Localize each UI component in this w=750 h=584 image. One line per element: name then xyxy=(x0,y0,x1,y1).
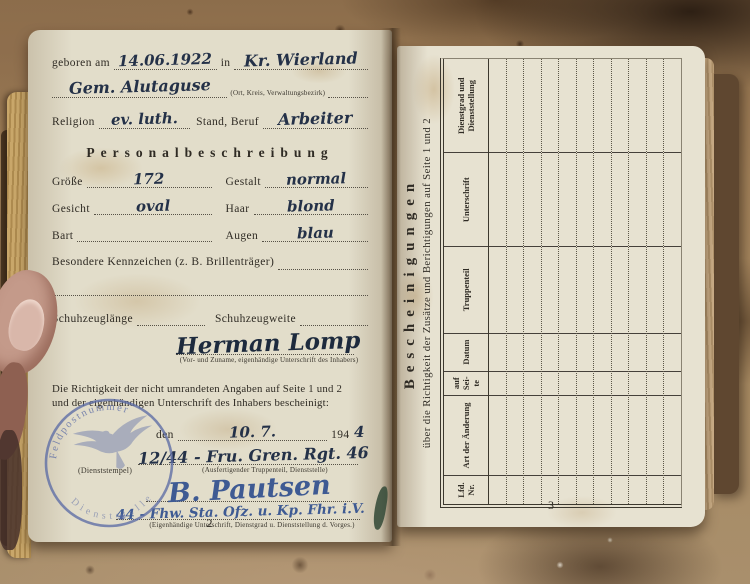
kennzeichen-field-line2 xyxy=(52,294,368,296)
religion-value: ev. luth. xyxy=(111,109,178,129)
born-line: geboren am 14.06.1922 in Kr. Wierland xyxy=(52,50,368,70)
birth-place-value: Kr. Wierland xyxy=(244,49,358,72)
right-page-number: 3 xyxy=(397,498,705,513)
year-handwritten: 4 xyxy=(353,423,364,441)
table-row xyxy=(664,59,681,504)
left-page-content: geboren am 14.06.1922 in Kr. Wierland Ge… xyxy=(28,30,392,542)
certifications-table: Lfd. Nr. Art der Änderung auf Sei- te Da… xyxy=(440,58,682,508)
haar-field: blond xyxy=(254,197,369,215)
table-cell xyxy=(542,395,559,475)
table-cell xyxy=(489,246,506,333)
table-cell xyxy=(577,333,594,371)
photo-of-open-id-booklet: geboren am 14.06.1922 in Kr. Wierland Ge… xyxy=(0,0,750,584)
beruf-field: Arbeiter xyxy=(263,109,368,129)
table-cell xyxy=(647,395,664,475)
table-cell xyxy=(507,246,524,333)
birth-place2-field-tail xyxy=(328,97,368,98)
augen-field: blau xyxy=(262,224,368,242)
table-cell xyxy=(542,246,559,333)
place-hint: (Ort, Kreis, Verwaltungsbezirk) xyxy=(227,89,328,98)
personal-description-heading: Personalbeschreibung xyxy=(52,145,368,161)
table-cell xyxy=(647,153,664,246)
augen-label: Augen xyxy=(226,230,263,242)
date-value: 10. 7. xyxy=(229,422,276,441)
table-row xyxy=(489,59,507,504)
table-cell xyxy=(647,246,664,333)
table-cell xyxy=(524,371,541,395)
schuh-laenge-label: Schuhzeuglänge xyxy=(52,312,137,326)
column-header-dienstgrad: Dienstgrad und Dienststellung xyxy=(444,59,488,152)
gestalt-label: Gestalt xyxy=(226,176,265,188)
table-cell xyxy=(577,246,594,333)
table-cell xyxy=(664,333,681,371)
table-cell xyxy=(664,395,681,475)
table-row xyxy=(524,59,542,504)
table-cell xyxy=(524,333,541,371)
table-cell xyxy=(577,59,594,152)
table-row xyxy=(542,59,560,504)
table-cell xyxy=(577,153,594,246)
table-cell xyxy=(542,59,559,152)
birth-date-field: 14.06.1922 xyxy=(114,51,217,70)
table-cell xyxy=(577,395,594,475)
beard-row: Bart Augenblau xyxy=(52,224,368,242)
column-header-art-der-aenderung: Art der Änderung xyxy=(444,395,488,475)
schuh-laenge-field xyxy=(137,325,205,326)
table-cell xyxy=(542,333,559,371)
kennzeichen-line: Besondere Kennzeichen (z. B. Brillenträg… xyxy=(52,255,368,269)
table-cell xyxy=(524,59,541,152)
haar-label: Haar xyxy=(226,203,254,215)
table-cell xyxy=(594,246,611,333)
table-cell xyxy=(629,153,646,246)
table-cell xyxy=(664,153,681,246)
bart-field xyxy=(77,229,211,242)
birth-date-value: 14.06.1922 xyxy=(118,50,212,71)
born-label: geboren am xyxy=(52,56,114,70)
groesse-label: Größe xyxy=(52,176,87,188)
table-cell xyxy=(507,371,524,395)
table-cell xyxy=(489,333,506,371)
kennzeichen-field xyxy=(278,269,368,270)
year-printed: 194 xyxy=(327,429,353,441)
shoe-line: Schuhzeuglänge Schuhzeugweite xyxy=(52,312,368,326)
table-cell xyxy=(629,371,646,395)
column-header-truppenteil: Truppenteil xyxy=(444,246,488,333)
certifications-subheading: über die Richtigkeit der Zusätze und Ber… xyxy=(421,58,433,508)
svg-text:Dienststelle: Dienststelle xyxy=(67,477,159,532)
table-cell xyxy=(489,395,506,475)
table-cell xyxy=(664,371,681,395)
certifications-table-body xyxy=(489,59,681,504)
religion-field: ev. luth. xyxy=(99,110,190,129)
bart-label: Bart xyxy=(52,230,77,242)
table-row xyxy=(577,59,595,504)
table-row xyxy=(507,59,525,504)
groesse-field: 172 xyxy=(87,170,212,188)
owner-signature-field: Herman Lomp xyxy=(176,330,354,355)
table-cell xyxy=(664,59,681,152)
rotated-certifications-block: Bescheinigungen über die Richtigkeit der… xyxy=(400,58,700,508)
table-cell xyxy=(559,333,576,371)
official-stamp: Feldpostnummer Dienststelle ✱ xyxy=(34,388,184,538)
table-cell xyxy=(612,395,629,475)
hand-shadow xyxy=(0,430,22,550)
gesicht-field: oval xyxy=(94,197,212,215)
table-cell xyxy=(664,246,681,333)
table-row xyxy=(559,59,577,504)
certifications-table-header: Lfd. Nr. Art der Änderung auf Sei- te Da… xyxy=(444,59,489,504)
table-row xyxy=(594,59,612,504)
certifications-heading: Bescheinigungen xyxy=(402,58,419,508)
table-cell xyxy=(612,246,629,333)
table-cell xyxy=(542,371,559,395)
birth-place2-value: Gem. Alutaguse xyxy=(69,76,211,100)
column-header-datum: Datum xyxy=(444,333,488,371)
table-cell xyxy=(594,153,611,246)
table-cell xyxy=(524,395,541,475)
table-cell xyxy=(524,153,541,246)
religion-line: Religion ev. luth. Stand, Beruf Arbeiter xyxy=(52,109,368,129)
table-cell xyxy=(594,371,611,395)
left-page: geboren am 14.06.1922 in Kr. Wierland Ge… xyxy=(28,30,392,542)
table-cell xyxy=(489,153,506,246)
haar-value: blond xyxy=(287,197,335,216)
table-cell xyxy=(559,246,576,333)
stamp-label: (Dienststempel) xyxy=(78,466,132,475)
table-cell xyxy=(594,395,611,475)
table-cell xyxy=(507,395,524,475)
face-row: Gesichtoval Haarblond xyxy=(52,197,368,215)
schuh-weite-label: Schuhzeugweite xyxy=(205,312,300,326)
table-cell xyxy=(612,153,629,246)
owner-signature-row: Herman Lomp xyxy=(176,330,354,355)
column-header-unterschrift: Unterschrift xyxy=(444,153,488,246)
table-cell xyxy=(594,59,611,152)
birthplace-line2: Gem. Alutaguse (Ort, Kreis, Verwaltungsb… xyxy=(52,77,368,97)
table-cell xyxy=(559,395,576,475)
booklet-gutter-shadow xyxy=(381,28,401,546)
booklet-cover-right-edge xyxy=(711,74,739,494)
table-cell xyxy=(507,153,524,246)
augen-value: blau xyxy=(296,224,333,243)
right-page: Bescheinigungen über die Richtigkeit der… xyxy=(397,46,705,527)
gesicht-label: Gesicht xyxy=(52,203,94,215)
date-line: den 10. 7. 1944 xyxy=(156,423,364,441)
table-cell xyxy=(647,371,664,395)
table-row xyxy=(629,59,647,504)
table-cell xyxy=(629,59,646,152)
table-cell xyxy=(507,59,524,152)
beruf-value: Arbeiter xyxy=(278,108,353,130)
thumb-nail xyxy=(4,296,50,355)
table-cell xyxy=(542,153,559,246)
kennzeichen-label: Besondere Kennzeichen (z. B. Brillenträg… xyxy=(52,255,278,269)
table-cell xyxy=(489,59,506,152)
table-cell xyxy=(594,333,611,371)
table-cell xyxy=(629,246,646,333)
gestalt-field: normal xyxy=(265,170,368,188)
schuh-weite-field xyxy=(300,325,368,326)
table-cell xyxy=(647,333,664,371)
table-cell xyxy=(559,59,576,152)
stamp-arc-bottom-text: Dienststelle xyxy=(67,477,159,532)
table-cell xyxy=(559,371,576,395)
stamp-eagle-icon: Feldpostnummer Dienststelle ✱ xyxy=(34,388,184,538)
table-cell xyxy=(577,371,594,395)
column-header-auf-seite: auf Sei- te xyxy=(444,371,488,395)
table-cell xyxy=(629,333,646,371)
table-cell xyxy=(507,333,524,371)
date-field: 10. 7. xyxy=(178,423,327,441)
groesse-value: 172 xyxy=(133,170,165,189)
birth-place-field: Kr. Wierland xyxy=(234,50,368,70)
table-row xyxy=(647,59,665,504)
gesicht-value: oval xyxy=(135,197,170,216)
birth-place2-field: Gem. Alutaguse xyxy=(52,77,227,97)
beruf-label: Stand, Beruf xyxy=(190,115,263,129)
in-label: in xyxy=(217,56,235,70)
table-cell xyxy=(647,59,664,152)
table-cell xyxy=(629,395,646,475)
table-cell xyxy=(612,59,629,152)
table-cell xyxy=(612,333,629,371)
table-cell xyxy=(612,371,629,395)
table-cell xyxy=(559,153,576,246)
size-row: Größe172 Gestaltnormal xyxy=(52,170,368,188)
gestalt-value: normal xyxy=(286,169,347,189)
religion-label: Religion xyxy=(52,115,99,129)
table-cell xyxy=(489,371,506,395)
table-cell xyxy=(524,246,541,333)
table-row xyxy=(612,59,630,504)
